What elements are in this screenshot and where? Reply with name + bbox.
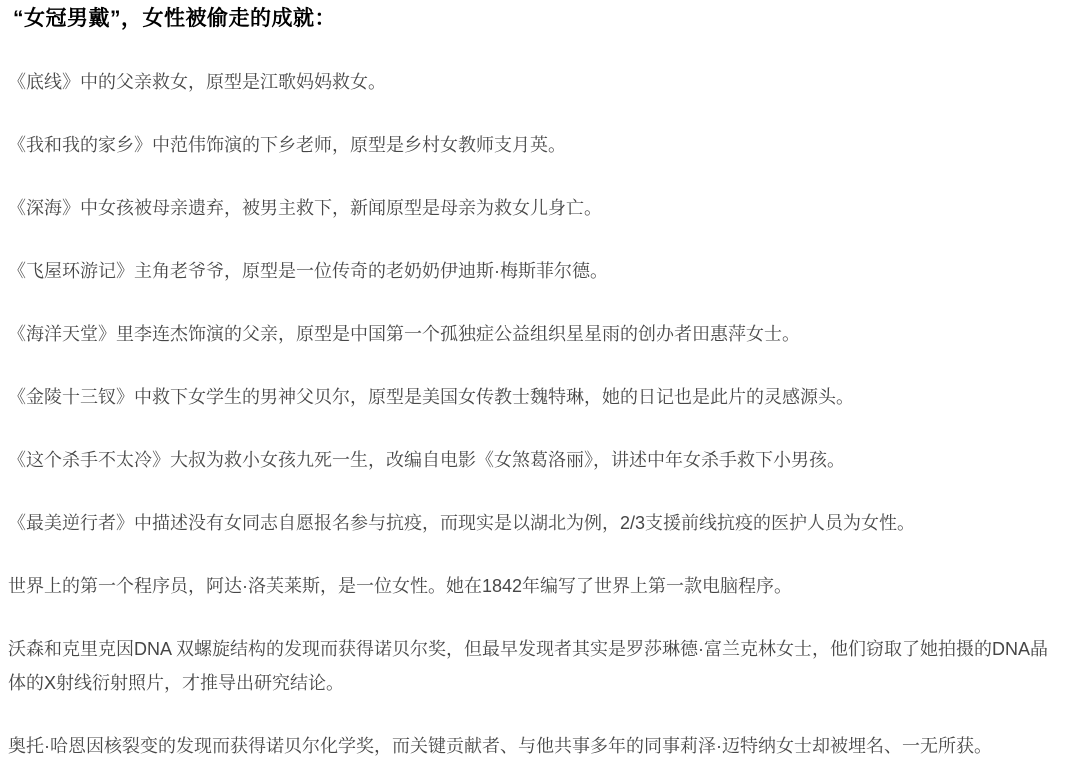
article-paragraph: 沃森和克里克因DNA 双螺旋结构的发现而获得诺贝尔奖，但最早发现者其实是罗莎琳德… xyxy=(8,632,1048,700)
article-paragraph: 世界上的第一个程序员，阿达·洛芙莱斯，是一位女性。她在1842年编写了世界上第一… xyxy=(8,569,1048,603)
article-title: “女冠男戴”，女性被偷走的成就： xyxy=(8,2,1048,36)
article-paragraph: 《飞屋环游记》主角老爷爷，原型是一位传奇的老奶奶伊迪斯·梅斯菲尔德。 xyxy=(8,254,1048,288)
article-paragraph: 《海洋天堂》里李连杰饰演的父亲，原型是中国第一个孤独症公益组织星星雨的创办者田惠… xyxy=(8,317,1048,351)
paragraph-list: 《底线》中的父亲救女，原型是江歌妈妈救女。《我和我的家乡》中范伟饰演的下乡老师，… xyxy=(8,65,1048,762)
article-paragraph: 《最美逆行者》中描述没有女同志自愿报名参与抗疫，而现实是以湖北为例，2/3支援前… xyxy=(8,506,1048,540)
article-body: “女冠男戴”，女性被偷走的成就： 《底线》中的父亲救女，原型是江歌妈妈救女。《我… xyxy=(0,0,1068,762)
article-paragraph: 《这个杀手不太冷》大叔为救小女孩九死一生，改编自电影《女煞葛洛丽》，讲述中年女杀… xyxy=(8,443,1048,477)
article-paragraph: 《金陵十三钗》中救下女学生的男神父贝尔，原型是美国女传教士魏特琳，她的日记也是此… xyxy=(8,380,1048,414)
article-paragraph: 《底线》中的父亲救女，原型是江歌妈妈救女。 xyxy=(8,65,1048,99)
article-paragraph: 奥托·哈恩因核裂变的发现而获得诺贝尔化学奖，而关键贡献者、与他共事多年的同事莉泽… xyxy=(8,729,1048,762)
article-paragraph: 《深海》中女孩被母亲遗弃，被男主救下，新闻原型是母亲为救女儿身亡。 xyxy=(8,191,1048,225)
article-paragraph: 《我和我的家乡》中范伟饰演的下乡老师，原型是乡村女教师支月英。 xyxy=(8,128,1048,162)
